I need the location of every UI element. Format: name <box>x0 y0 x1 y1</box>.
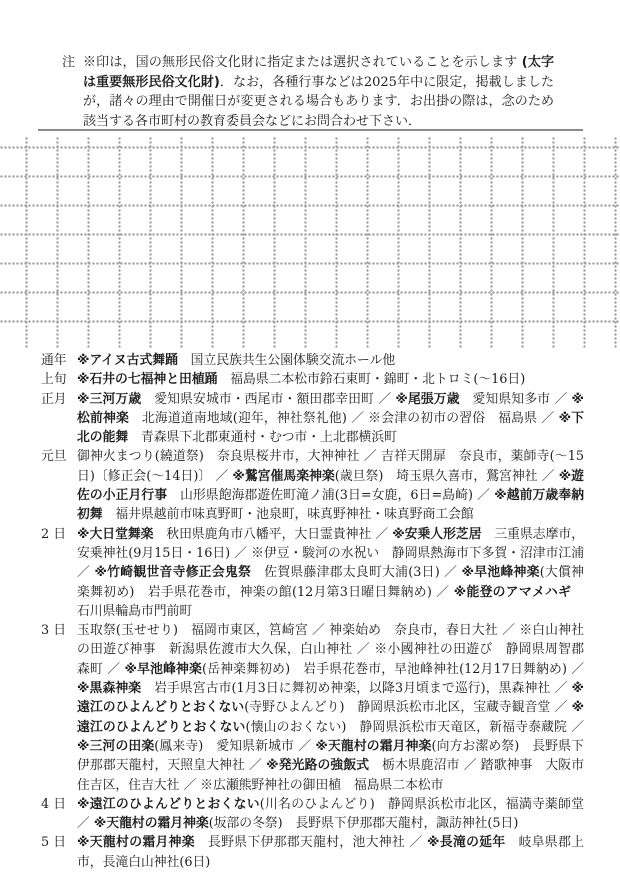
entry-date-label: 3 日 <box>41 621 66 640</box>
event-text: (寺野ひよんどり) 静岡県浜松市北区，宝蔵寺観音堂 ／ <box>244 700 571 715</box>
entry-body: ※遠江のひよんどりとおくない(川名のひよんどり) 静岡県浜松市北区，福満寺薬師堂… <box>77 797 584 831</box>
event-text: 秋田県鹿角市八幡平，大日霊貴神社 ／ <box>154 527 393 542</box>
event-name-bold: ※鷲宮催馬楽神楽 <box>232 469 334 484</box>
note-block: 注 ※印は，国の無形民俗文化財に指定または選択されていることを示します (太字は… <box>62 53 554 131</box>
event-text: 青森県下北郡東通村・むつ市・上北郡横浜町 <box>128 430 397 445</box>
event-text: (鳳来寺) 愛知県新城市 ／ <box>154 739 315 754</box>
event-text: 愛知県知多市 ／ <box>460 392 572 407</box>
event-name-bold: ※三河の田楽 <box>77 739 154 754</box>
event-name-bold: ※竹崎観世音寺修正会鬼祭 <box>94 565 251 580</box>
event-text: (歳旦祭) 埼玉県久喜市，鷲宮神社 ／ <box>335 469 559 484</box>
entry-body: ※アイヌ古式舞踊 国立民族共生公園体験交流ホール他 <box>77 353 395 368</box>
event-name-bold: ※大日堂舞楽 <box>77 527 154 542</box>
entry-body: 玉取祭(玉せせり) 福岡市東区，筥崎宮 ／ 神楽始め 奈良市，春日大社 ／ ※白… <box>77 623 584 792</box>
note-body: ※印は，国の無形民俗文化財に指定または選択されていることを示します (太字は重要… <box>83 53 554 131</box>
entry-date-label: 5 日 <box>41 833 66 852</box>
event-name-bold: ※アイヌ古式舞踊 <box>77 353 178 368</box>
event-entry: 5 日 ※天龍村の霜月神楽 長野県下伊那郡天龍村，池大神社 ／ ※長滝の延年 岐… <box>41 833 584 872</box>
event-name-bold: ※早池峰神楽 <box>124 662 202 677</box>
event-name-bold: ※天龍村の霜月神楽 <box>77 835 195 850</box>
event-name-bold: ※三河万歳 <box>77 392 141 407</box>
entry-body: ※大日堂舞楽 秋田県鹿角市八幡平，大日霊貴神社 ／ ※安乗人形芝居 三重県志摩市… <box>77 527 584 619</box>
event-name-bold: ※石井の七福神と田植踊 <box>77 372 217 387</box>
event-entry: 4 日 ※遠江のひよんどりとおくない(川名のひよんどり) 静岡県浜松市北区，福満… <box>41 795 584 834</box>
entry-date-label: 通年 <box>41 351 67 370</box>
event-text: 国立民族共生公園体験交流ホール他 <box>178 353 395 368</box>
event-text: (懐山のおくない) 静岡県浜松市天竜区，新福寺泰蔵院 ／ <box>246 720 584 735</box>
note-label: 注 <box>62 53 75 73</box>
event-entry: 2 日 ※大日堂舞楽 秋田県鹿角市八幡平，大日霊貴神社 ／ ※安乗人形芝居 三重… <box>41 525 584 621</box>
event-text: (岳神楽舞初め) 岩手県花巻市，早池峰神社(12月17日舞納め) ／ <box>202 662 584 677</box>
event-name-bold: ※遠江のひよんどりとおくない <box>77 797 260 812</box>
entry-body: ※石井の七福神と田植踊 福島県二本松市鈴石東町・錦町・北トロミ(～16日) <box>77 372 525 387</box>
entry-body: 御神火まつり(繞道祭) 奈良県桜井市，大神神社 ／ 吉祥天開扉 奈良市，薬師寺(… <box>77 449 584 522</box>
event-text: 岩手県宮古市(1月3日に舞初め神楽，以降3月頃まで巡行)，黒森神社 ／ <box>141 681 571 696</box>
event-name-bold: ※黒森神楽 <box>77 681 141 696</box>
event-name-bold: ※能登のアマメハギ <box>454 585 571 600</box>
event-name-bold: ※長滝の延年 <box>427 835 505 850</box>
entry-body: ※天龍村の霜月神楽 長野県下伊那郡天龍村，池大神社 ／ ※長滝の延年 岐阜県郡上… <box>77 835 584 869</box>
separator-rule <box>38 129 583 131</box>
event-name-bold: ※天龍村の霜月神楽 <box>315 739 431 754</box>
entry-date-label: 上旬 <box>41 370 67 389</box>
event-entry: 3 日 玉取祭(玉せせり) 福岡市東区，筥崎宮 ／ 神楽始め 奈良市，春日大社 … <box>41 621 584 795</box>
event-name-bold: ※早池峰神楽 <box>462 565 540 580</box>
event-text: 愛知県安城市・西尾市・額田郡幸田町 ／ <box>141 392 395 407</box>
entry-body: ※三河万歳 愛知県安城市・西尾市・額田郡幸田町 ／ ※尾張万歳 愛知県知多市 ／… <box>77 392 584 446</box>
page: 注 ※印は，国の無形民俗文化財に指定または選択されていることを示します (太字は… <box>0 0 620 874</box>
event-name-bold: ※発光路の強飯式 <box>266 758 369 773</box>
dotted-grid-area <box>0 137 620 348</box>
event-text: (坂部の冬祭) 長野県下伊那郡天龍村，諏訪神社(5日) <box>209 816 519 831</box>
event-text: 福島県二本松市鈴石東町・錦町・北トロミ(～16日) <box>217 372 525 387</box>
event-entry: 元旦 御神火まつり(繞道祭) 奈良県桜井市，大神神社 ／ 吉祥天開扉 奈良市，薬… <box>41 447 584 524</box>
event-name-bold: ※天龍村の霜月神楽 <box>94 816 209 831</box>
event-entry: 通年 ※アイヌ古式舞踊 国立民族共生公園体験交流ホール他 <box>41 351 584 370</box>
event-text: ※印は，国の無形民俗文化財に指定または選択されていることを示します <box>83 55 522 70</box>
entry-date-label: 正月 <box>41 390 67 409</box>
entry-date-label: 2 日 <box>41 525 66 544</box>
event-name-bold: ※尾張万歳 <box>395 392 459 407</box>
event-entry: 上旬 ※石井の七福神と田植踊 福島県二本松市鈴石東町・錦町・北トロミ(～16日) <box>41 370 584 389</box>
event-list: 通年 ※アイヌ古式舞踊 国立民族共生公園体験交流ホール他 上旬 ※石井の七福神と… <box>41 351 584 872</box>
entry-date-label: 4 日 <box>41 795 66 814</box>
event-text: 佐賀県藤津郡太良町大浦(3日) ／ <box>251 565 461 580</box>
entry-date-label: 元旦 <box>41 447 67 466</box>
event-text: 山形県飽海郡遊佐町滝ノ浦(3日=女鹿，6日=島崎) ／ <box>167 488 494 503</box>
event-text: 長野県下伊那郡天龍村，池大神社 ／ <box>195 835 427 850</box>
event-name-bold: ※安乗人形芝居 <box>392 527 481 542</box>
event-entry: 正月 ※三河万歳 愛知県安城市・西尾市・額田郡幸田町 ／ ※尾張万歳 愛知県知多… <box>41 390 584 448</box>
event-text: 北海道道南地域(迎年，神社祭礼他) ／ ※会津の初市の習俗 福島県 ／ <box>129 411 559 426</box>
event-text: 福井県越前市味真野町・池泉町，味真野神社・味真野商工会館 <box>103 507 474 522</box>
